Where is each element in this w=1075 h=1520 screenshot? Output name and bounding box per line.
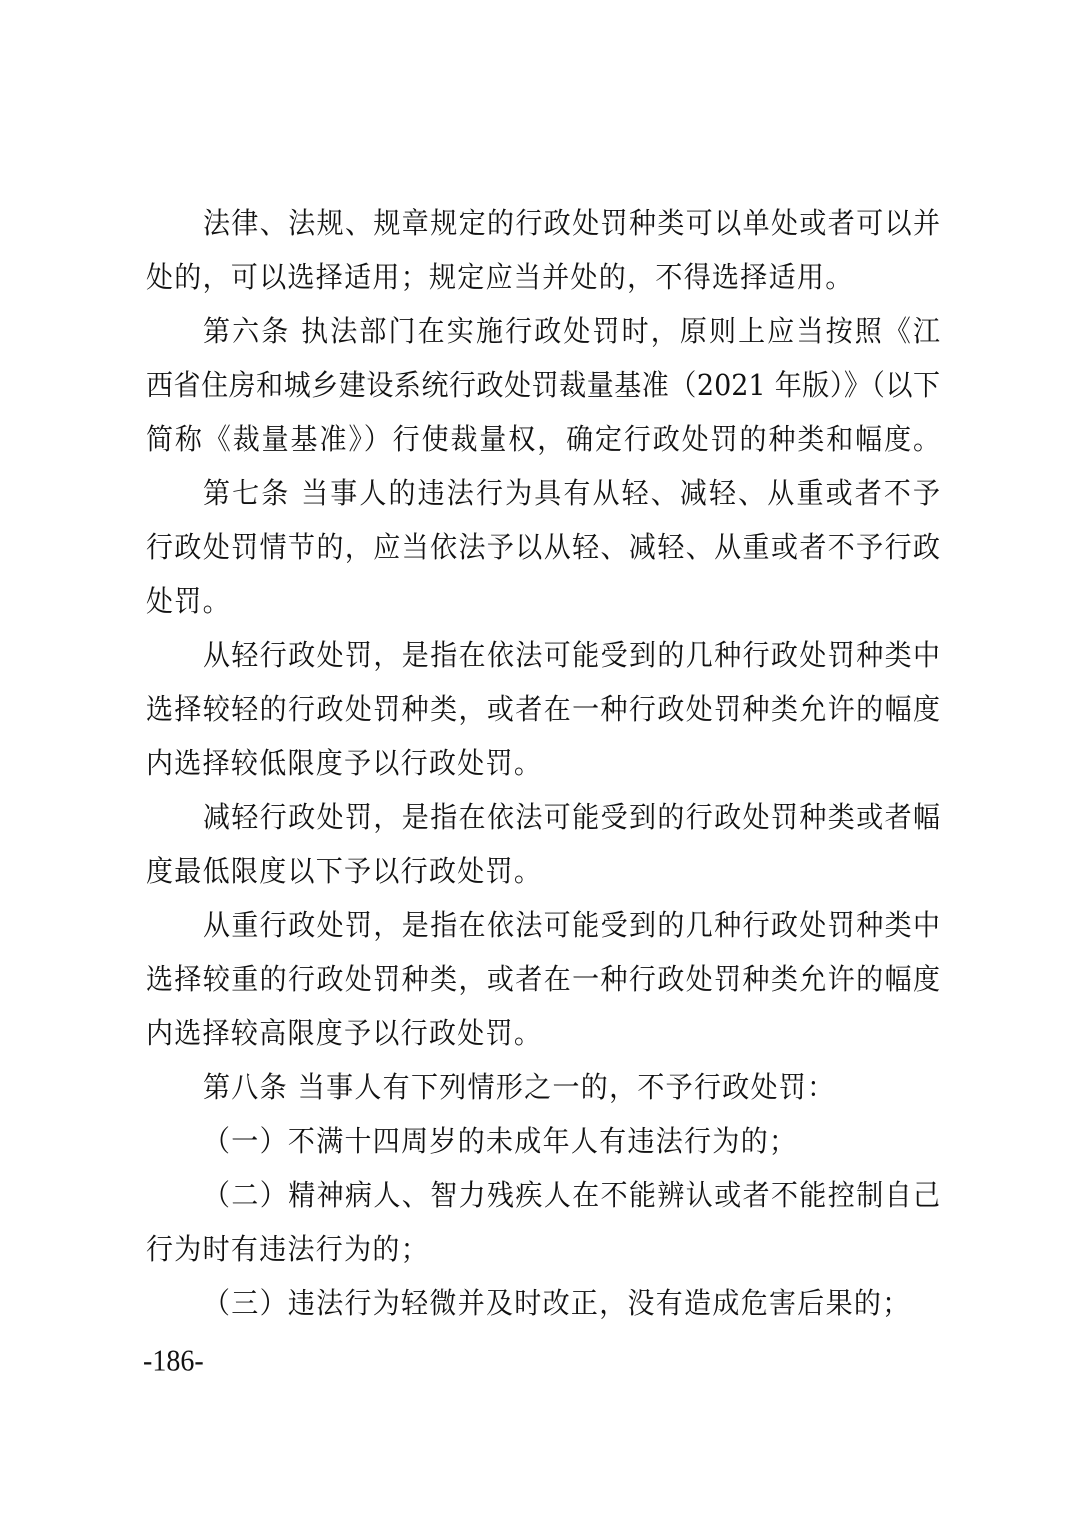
lighter-penalty-line: 内选择较低限度予以行政处罚。 (146, 744, 940, 802)
list-item-3: （三）违法行为轻微并及时改正，没有造成危害后果的； (146, 1284, 940, 1342)
mitigated-penalty-line: 度最低限度以下予以行政处罚。 (146, 852, 940, 910)
article-7-line: 处罚。 (146, 582, 940, 640)
article-8-line: 第八条 当事人有下列情形之一的，不予行政处罚： (146, 1068, 940, 1126)
article-6-line: 第六条 执法部门在实施行政处罚时，原则上应当按照《江 (146, 312, 940, 370)
heavier-penalty-line: 选择较重的行政处罚种类，或者在一种行政处罚种类允许的幅度 (146, 960, 940, 1018)
document-body: 法律、法规、规章规定的行政处罚种类可以单处或者可以并 处的，可以选择适用；规定应… (146, 204, 940, 1338)
lighter-penalty-line: 从轻行政处罚，是指在依法可能受到的几种行政处罚种类中 (146, 636, 940, 694)
paragraph-line: 法律、法规、规章规定的行政处罚种类可以单处或者可以并 (146, 204, 940, 262)
mitigated-penalty-line: 减轻行政处罚，是指在依法可能受到的行政处罚种类或者幅 (146, 798, 940, 856)
article-7-line: 行政处罚情节的，应当依法予以从轻、减轻、从重或者不予行政 (146, 528, 940, 586)
article-7-line: 第七条 当事人的违法行为具有从轻、减轻、从重或者不予 (146, 474, 940, 532)
document-page: 法律、法规、规章规定的行政处罚种类可以单处或者可以并 处的，可以选择适用；规定应… (0, 0, 1075, 1520)
list-item-1: （一）不满十四周岁的未成年人有违法行为的； (146, 1122, 940, 1180)
page-number: -186- (143, 1344, 204, 1379)
paragraph-line: 处的，可以选择适用；规定应当并处的，不得选择适用。 (146, 258, 940, 316)
heavier-penalty-line: 从重行政处罚，是指在依法可能受到的几种行政处罚种类中 (146, 906, 940, 964)
list-item-2-line: （二）精神病人、智力残疾人在不能辨认或者不能控制自己 (146, 1176, 940, 1234)
article-6-line: 简称《裁量基准》）行使裁量权，确定行政处罚的种类和幅度。 (146, 420, 940, 478)
heavier-penalty-line: 内选择较高限度予以行政处罚。 (146, 1014, 940, 1072)
list-item-2-line: 行为时有违法行为的； (146, 1230, 940, 1288)
article-6-line: 西省住房和城乡建设系统行政处罚裁量基准（2021 年版）》（以下 (146, 366, 940, 424)
lighter-penalty-line: 选择较轻的行政处罚种类，或者在一种行政处罚种类允许的幅度 (146, 690, 940, 748)
